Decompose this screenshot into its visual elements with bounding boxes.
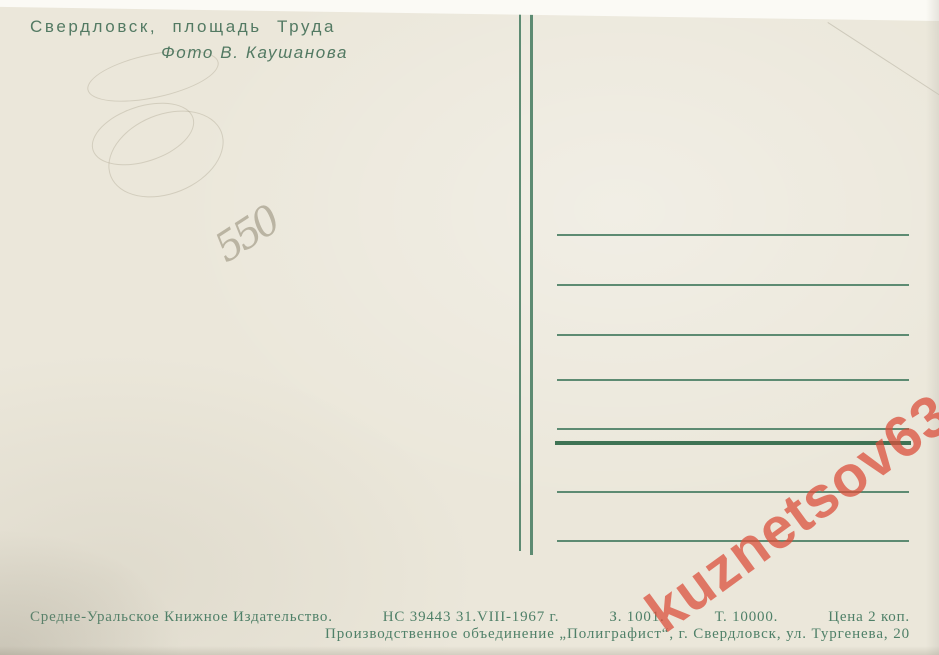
address-line	[557, 334, 909, 336]
handwritten-number: 550	[207, 198, 286, 272]
scan-corner-shadow	[0, 525, 190, 655]
center-divider-line-right	[530, 0, 533, 555]
address-line	[557, 379, 909, 381]
print-code: НС 39443 31.VIII-1967 г.	[383, 609, 560, 626]
emboss-mark	[95, 94, 236, 213]
photo-credit: Фото В. Каушанова	[30, 43, 348, 63]
address-line	[557, 234, 909, 236]
center-divider-line-left	[519, 0, 521, 551]
scan-edge-right	[926, 0, 939, 655]
caption-block: Свердловск, площадь Труда Фото В. Каушан…	[30, 17, 348, 63]
collector-watermark: kuznetsov63	[638, 387, 939, 640]
address-line	[557, 284, 909, 286]
print-run: Т. 10000.	[715, 609, 779, 626]
postcard-back-scan: Свердловск, площадь Труда Фото В. Каушан…	[0, 0, 939, 655]
postcard-title: Свердловск, площадь Труда	[30, 17, 348, 37]
price-label: Цена 2 коп.	[828, 609, 910, 626]
paper-crease	[827, 22, 939, 110]
